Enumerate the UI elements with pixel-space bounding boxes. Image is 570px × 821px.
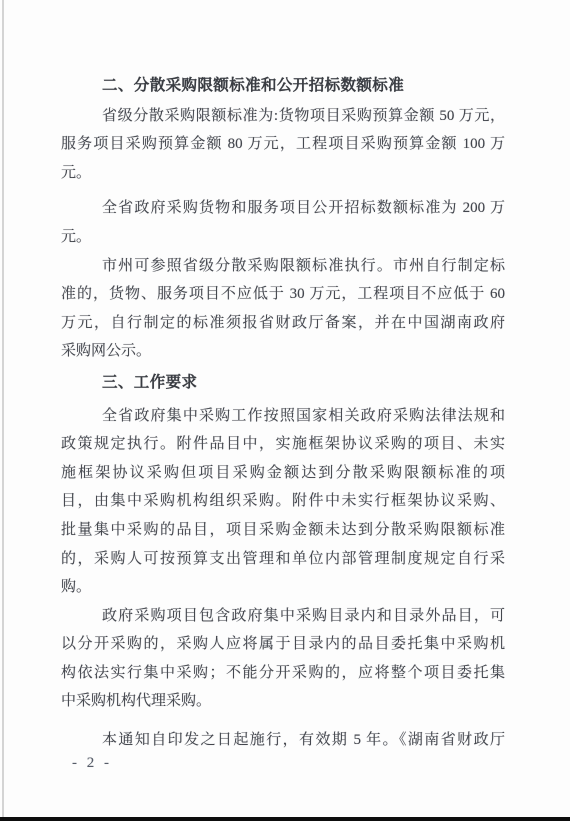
text-line: 目，由集中采购机构组织采购。附件中未实行框架协议采购、 bbox=[61, 487, 505, 516]
text-line: 元。 bbox=[61, 159, 505, 188]
paragraph-effective-period: 本通知自印发之日起施行，有效期 5 年。《湖南省财政厅 bbox=[61, 726, 505, 755]
scan-edge-left bbox=[2, 0, 4, 821]
paragraph-work-requirements: 全省政府集中采购工作按照国家相关政府采购法律法规和 政策规定执行。附件品目中，实… bbox=[61, 402, 505, 602]
section-heading-3: 三、工作要求 bbox=[61, 369, 505, 398]
text-line: 批量集中采购的品目，项目采购金额未达到分散采购限额标准 bbox=[61, 516, 505, 545]
text-line: 构依法实行集中采购；不能分开采购的，应将整个项目委托集 bbox=[61, 659, 505, 688]
text-line: 全省政府集中采购工作按照国家相关政府采购法律法规和 bbox=[61, 402, 505, 431]
scan-line-bottom bbox=[0, 817, 570, 821]
text-line: 市州可参照省级分散采购限额标准执行。市州自行制定标 bbox=[61, 252, 505, 281]
text-line: 省级分散采购限额标准为:货物项目采购预算金额 50 万元， bbox=[61, 102, 505, 131]
text-line: 购。 bbox=[61, 573, 505, 602]
text-line: 的，采购人可按预算支出管理和单位内部管理制度规定自行采 bbox=[61, 545, 505, 574]
text-line: 施框架协议采购但项目采购金额达到分散采购限额标准的项 bbox=[61, 459, 505, 488]
paragraph-city-standards: 市州可参照省级分散采购限额标准执行。市州自行制定标 准的，货物、服务项目不应低于… bbox=[61, 252, 505, 366]
section-heading-2: 二、分散采购限额标准和公开招标数额标准 bbox=[61, 72, 505, 101]
text-line: 采购网公示。 bbox=[61, 337, 505, 366]
text-line: 政策规定执行。附件品目中，实施框架协议采购的项目、未实 bbox=[61, 430, 505, 459]
text-line: 元。 bbox=[61, 223, 505, 252]
paragraph-open-bid-threshold: 全省政府采购货物和服务项目公开招标数额标准为 200 万 元。 bbox=[61, 194, 505, 251]
text-line: 万元，自行制定的标准须报省财政厅备案，并在中国湖南政府 bbox=[61, 309, 505, 338]
text-line: 本通知自印发之日起施行，有效期 5 年。《湖南省财政厅 bbox=[61, 726, 505, 755]
document-page: 二、分散采购限额标准和公开招标数额标准 省级分散采购限额标准为:货物项目采购预算… bbox=[0, 0, 570, 821]
page-number: - 2 - bbox=[72, 755, 112, 772]
text-line: 全省政府采购货物和服务项目公开招标数额标准为 200 万 bbox=[61, 194, 505, 223]
text-line: 政府采购项目包含政府集中采购目录内和目录外品目，可 bbox=[61, 602, 505, 631]
paragraph-province-limit: 省级分散采购限额标准为:货物项目采购预算金额 50 万元， 服务项目采购预算金额… bbox=[61, 102, 505, 188]
text-line: 准的，货物、服务项目不应低于 30 万元，工程项目不应低于 60 bbox=[61, 280, 505, 309]
text-line: 服务项目采购预算金额 80 万元，工程项目采购预算金额 100 万 bbox=[61, 130, 505, 159]
text-line: 以分开采购的，采购人应将属于目录内的品目委托集中采购机 bbox=[61, 630, 505, 659]
paragraph-catalog-items: 政府采购项目包含政府集中采购目录内和目录外品目，可 以分开采购的，采购人应将属于… bbox=[61, 602, 505, 716]
text-line: 中采购机构代理采购。 bbox=[61, 687, 505, 716]
document-body: 二、分散采购限额标准和公开招标数额标准 省级分散采购限额标准为:货物项目采购预算… bbox=[61, 72, 505, 755]
